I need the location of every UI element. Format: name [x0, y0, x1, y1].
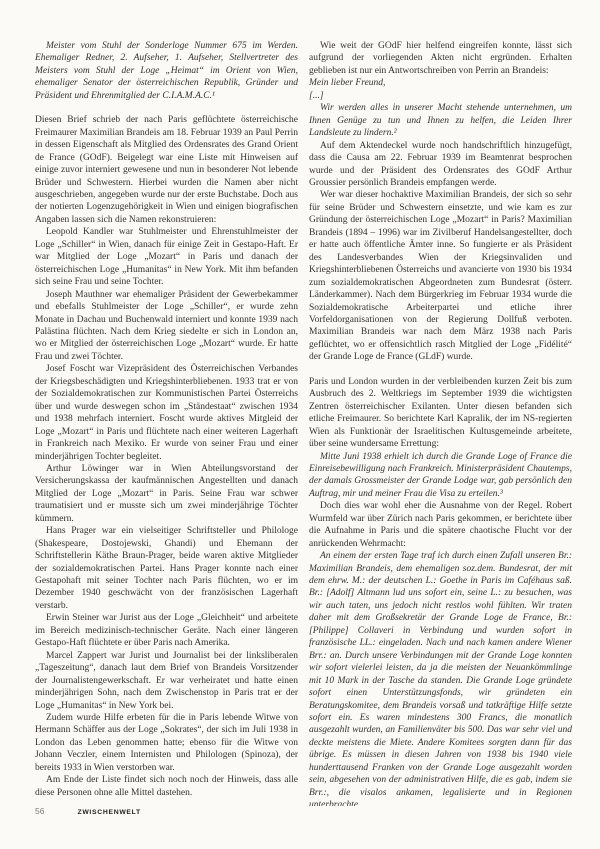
paris-london-exile: Paris und London wurden in der verbleibe…	[309, 376, 572, 451]
brandeis-biography: Wer war dieser hochaktive Maximilian Bra…	[309, 189, 572, 363]
entry-marcel-zappert: Marcel Zappert war Jurist und Journalist…	[35, 650, 298, 712]
perrin-letter-quote: Wir werden alles in unserer Macht stehen…	[309, 102, 572, 139]
wurmfeld-quote: An einem der ersten Tage traf ich durch …	[309, 550, 572, 806]
left-column: Meister vom Stuhl der Sonderloge Nummer …	[35, 40, 298, 806]
page-footer: 56 ZWISCHENWELT	[35, 806, 141, 816]
entry-list-closing: Am Ende der Liste findet sich noch noch …	[35, 774, 298, 799]
letter-ellipsis: [...]	[309, 90, 572, 102]
file-cover-note: Auf dem Aktendeckel wurde noch handschri…	[309, 140, 572, 190]
entry-leopold-kandler: Leopold Kandler war Stuhlmeister und Ehr…	[35, 226, 298, 288]
brandeis-letter-intro: Diesen Brief schrieb der nach Paris gefl…	[35, 114, 298, 226]
entry-arthur-loewinger: Arthur Löwinger war in Wien Abteilungsvo…	[35, 463, 298, 525]
entry-erwin-steiner: Erwin Steiner war Jurist aus der Loge „G…	[35, 612, 298, 649]
page-number: 56	[35, 806, 44, 816]
entry-hans-prager: Hans Prager war ein vielseitiger Schrift…	[35, 525, 298, 612]
wurmfeld-intro: Doch dies war wohl eher die Ausnahme von…	[309, 500, 572, 550]
kapralik-quote: Mitte Juni 1938 erhielt ich durch die Gr…	[309, 451, 572, 501]
journal-name: ZWISCHENWELT	[77, 809, 140, 816]
right-column: Wie weit der GOdF hier helfend eingreife…	[309, 40, 572, 806]
entry-josef-foscht: Josef Foscht war Vizepräsident des Öster…	[35, 363, 298, 463]
masonic-titles-quote: Meister vom Stuhl der Sonderloge Nummer …	[35, 40, 298, 102]
entry-widows: Zudem wurde Hilfe erbeten für die in Par…	[35, 712, 298, 774]
entry-joseph-mauthner: Joseph Mauthner war ehemaliger Präsident…	[35, 289, 298, 364]
journal-page: Meister vom Stuhl der Sonderloge Nummer …	[0, 0, 600, 849]
letter-salutation: Mein lieber Freund,	[309, 77, 572, 89]
godf-response-intro: Wie weit der GOdF hier helfend eingreife…	[309, 40, 572, 77]
text-columns: Meister vom Stuhl der Sonderloge Nummer …	[0, 0, 600, 806]
